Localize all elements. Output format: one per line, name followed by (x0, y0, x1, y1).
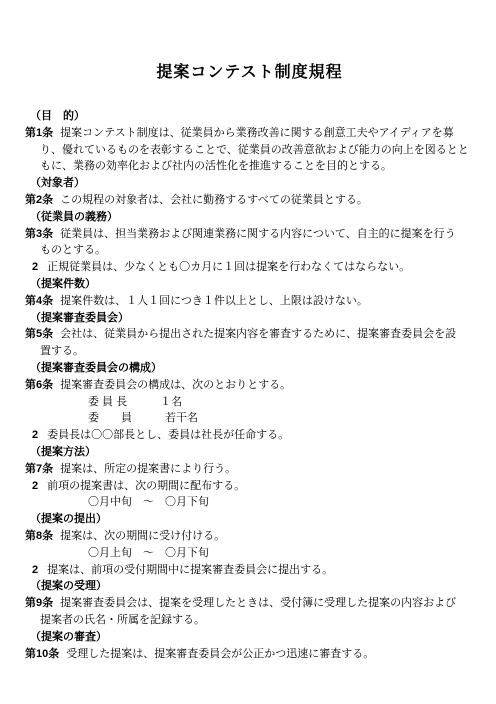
line-number-label: 2 (32, 480, 38, 492)
line-text: （提案審査委員会） (30, 312, 129, 324)
indented-item: 〇月中旬 ～ 〇月下旬 (25, 494, 474, 511)
section-heading: （提案方法） (25, 444, 474, 461)
line-number-label: 第7条 (25, 463, 53, 475)
section-heading: （提案の審査） (25, 629, 474, 646)
section-heading: （提案件数） (25, 276, 474, 293)
sub-paragraph: 2委員長は〇〇部長とし、委員は社長が任命する。 (25, 427, 474, 444)
line-number-label: 第4条 (25, 295, 53, 307)
indented-item: 委 員 長 １名 (25, 394, 474, 411)
line-number-label: 2 (32, 429, 38, 441)
line-text: 会社は、従業員から提出された提案内容を審査するために、提案審査委員会を設 (60, 328, 456, 340)
line-text: 提案審査委員会は、提案を受理したときは、受付簿に受理した提案の内容および (60, 597, 456, 609)
line-text: （従業員の義務） (30, 211, 118, 223)
article-clause: 第8条提案は、次の期間に受け付ける。 (25, 528, 474, 545)
continuation-line: ものとする。 (25, 242, 474, 259)
line-text: 委 員 長 １名 (88, 396, 182, 408)
section-heading: （従業員の義務） (25, 209, 474, 226)
regulation-document-page: 提案コンテスト制度規程 （目 的）第1条提案コンテスト制度は、従業員から業務改善… (0, 0, 496, 704)
line-number-label: 第2条 (25, 194, 53, 206)
line-text: 提案は、所定の提案書により行う。 (60, 463, 236, 475)
section-heading: （目 的） (25, 108, 474, 125)
line-text: （対象者） (30, 177, 85, 189)
article-clause: 第10条受理した提案は、提案審査委員会が公正かつ迅速に審査する。 (25, 646, 474, 663)
article-clause: 第3条従業員は、担当業務および関連業務に関する内容について、自主的に提案を行う (25, 226, 474, 243)
line-number-label: 第5条 (25, 328, 53, 340)
line-text: り、優れているものを表彰することで、従業員の改善意欲および能力の向上を図るとと (40, 144, 469, 156)
line-text: 前項の提案書は、次の期間に配布する。 (47, 480, 245, 492)
section-heading: （対象者） (25, 175, 474, 192)
indented-item: 〇月上旬 ～ 〇月下旬 (25, 545, 474, 562)
article-clause: 第2条この規程の対象者は、会社に勤務するすべての従業員とする。 (25, 192, 474, 209)
line-text: （提案方法） (30, 446, 96, 458)
line-text: （提案件数） (30, 278, 96, 290)
sub-paragraph: 2前項の提案書は、次の期間に配布する。 (25, 478, 474, 495)
continuation-line: 置する。 (25, 343, 474, 360)
line-text: 〇月上旬 ～ 〇月下旬 (88, 547, 209, 559)
section-heading: （提案審査委員会） (25, 310, 474, 327)
article-clause: 第9条提案審査委員会は、提案を受理したときは、受付簿に受理した提案の内容および (25, 595, 474, 612)
indented-item: 委 員 若干名 (25, 410, 474, 427)
line-text: 提案件数は、１人１回につき１件以上とし、上限は設けない。 (60, 295, 368, 307)
document-body: （目 的）第1条提案コンテスト制度は、従業員から業務改善に関する創意工夫やアイデ… (25, 108, 474, 662)
line-text: （提案の提出） (30, 513, 107, 525)
continuation-line: もに、業務の効率化および社内の活性化を推進することを目的とする。 (25, 158, 474, 175)
line-text: 提案審査委員会の構成は、次のとおりとする。 (60, 379, 291, 391)
line-text: もに、業務の効率化および社内の活性化を推進することを目的とする。 (40, 160, 392, 172)
line-text: （提案審査委員会の構成） (30, 362, 162, 374)
document-title: 提案コンテスト制度規程 (25, 62, 474, 84)
line-text: （提案の受理） (30, 580, 107, 592)
line-text: （提案の審査） (30, 631, 107, 643)
article-clause: 第7条提案は、所定の提案書により行う。 (25, 461, 474, 478)
line-text: 委 員 若干名 (88, 412, 198, 424)
continuation-line: り、優れているものを表彰することで、従業員の改善意欲および能力の向上を図るとと (25, 142, 474, 159)
line-text: 提案コンテスト制度は、従業員から業務改善に関する創意工夫やアイディアを募 (60, 127, 454, 139)
line-text: この規程の対象者は、会社に勤務するすべての従業員とする。 (60, 194, 368, 206)
section-heading: （提案の提出） (25, 511, 474, 528)
line-number-label: 第6条 (25, 379, 53, 391)
line-text: 提案は、次の期間に受け付ける。 (60, 530, 225, 542)
line-text: 正規従業員は、少なくとも〇カ月に１回は提案を行わなくてはならない。 (47, 261, 410, 273)
line-number-label: 第10条 (25, 648, 59, 660)
line-text: 受理した提案は、提案審査委員会が公正かつ迅速に審査する。 (66, 648, 374, 660)
line-text: 置する。 (40, 345, 84, 357)
line-text: 委員長は〇〇部長とし、委員は社長が任命する。 (47, 429, 289, 441)
article-clause: 第5条会社は、従業員から提出された提案内容を審査するために、提案審査委員会を設 (25, 326, 474, 343)
continuation-line: 提案者の氏名・所属を記録する。 (25, 612, 474, 629)
line-text: ものとする。 (40, 244, 106, 256)
line-text: 従業員は、担当業務および関連業務に関する内容について、自主的に提案を行う (60, 228, 456, 240)
line-number-label: 2 (32, 564, 38, 576)
article-clause: 第6条提案審査委員会の構成は、次のとおりとする。 (25, 377, 474, 394)
line-number-label: 第8条 (25, 530, 53, 542)
section-heading: （提案の受理） (25, 578, 474, 595)
line-text: 〇月中旬 ～ 〇月下旬 (88, 496, 209, 508)
article-clause: 第1条提案コンテスト制度は、従業員から業務改善に関する創意工夫やアイディアを募 (25, 125, 474, 142)
line-text: 提案者の氏名・所属を記録する。 (40, 614, 205, 626)
section-heading: （提案審査委員会の構成） (25, 360, 474, 377)
line-number-label: 第9条 (25, 597, 53, 609)
sub-paragraph: 2提案は、前項の受付期間中に提案審査委員会に提出する。 (25, 562, 474, 579)
line-number-label: 第1条 (25, 127, 53, 139)
line-number-label: 2 (32, 261, 38, 273)
line-number-label: 第3条 (25, 228, 53, 240)
sub-paragraph: 2正規従業員は、少なくとも〇カ月に１回は提案を行わなくてはならない。 (25, 259, 474, 276)
line-text: 提案は、前項の受付期間中に提案審査委員会に提出する。 (47, 564, 333, 576)
article-clause: 第4条提案件数は、１人１回につき１件以上とし、上限は設けない。 (25, 293, 474, 310)
line-text: （目 的） (30, 110, 85, 122)
